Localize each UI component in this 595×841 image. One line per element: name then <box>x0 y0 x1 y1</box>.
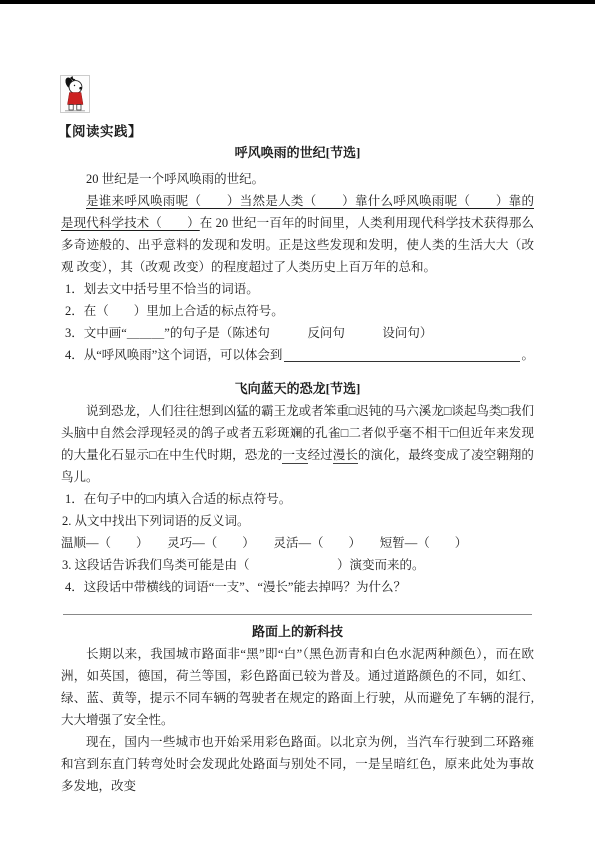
page-top-bar <box>0 0 595 4</box>
section3-paragraph-1: 长期以来，我国城市路面非“黑”即“白”（黑色沥青和白色水泥两种颜色），而在欧洲，… <box>61 643 534 731</box>
section2-question-1: 1．在句子中的□内填入合适的标点符号。 <box>61 488 534 510</box>
section1-paragraph-1: 20 世纪是一个呼风唤雨的世纪。 <box>61 168 534 190</box>
snoopy-cartoon-icon <box>60 75 90 113</box>
mascot-image <box>60 75 90 113</box>
section1-title: 呼风唤雨的世纪[节选] <box>61 142 534 164</box>
section1-question-1: 1．划去文中括号里不恰当的词语。 <box>61 278 534 300</box>
reading-practice-heading: 【阅读实践】 <box>58 120 142 140</box>
section2-title: 飞向蓝天的恐龙[节选] <box>61 378 534 400</box>
section1-question-4: 4．从“呼风唤雨”这个词语，可以体会到 。 <box>61 344 534 366</box>
section1-question-4-period: 。 <box>521 344 534 366</box>
section2-text-mid: 经过 <box>308 448 333 462</box>
section2-underlined-word-2: 漫长 <box>333 448 358 464</box>
section3-title: 路面上的新科技 <box>61 621 534 643</box>
section2-paragraph: 说到恐龙，人们往往想到凶猛的霸王龙或者笨重□迟钝的马六溪龙□谈起鸟类□我们头脑中… <box>61 400 534 488</box>
section1-question-2: 2．在（ ）里加上合适的标点符号。 <box>61 300 534 322</box>
section2-antonym-blanks: 温顺—（ ） 灵巧—（ ） 灵活—（ ） 短暂—（ ） <box>61 532 534 554</box>
section-feixianglantian: 飞向蓝天的恐龙[节选] 说到恐龙，人们往往想到凶猛的霸王龙或者笨重□迟钝的马六溪… <box>61 378 534 598</box>
worksheet-content: 呼风唤雨的世纪[节选] 20 世纪是一个呼风唤雨的世纪。 是谁来呼风唤雨呢（ ）… <box>61 142 534 797</box>
section-lumianxinkeji: 路面上的新科技 长期以来，我国城市路面非“黑”即“白”（黑色沥青和白色水泥两种颜… <box>61 621 534 797</box>
section2-question-2: 2. 从文中找出下列词语的反义词。 <box>61 510 534 532</box>
section2-underlined-word-1: 一支 <box>282 448 307 464</box>
section1-paragraph-2: 是谁来呼风唤雨呢（ ）当然是人类（ ）靠什么呼风唤雨呢（ ）靠的是现代科学技术（… <box>61 190 534 278</box>
section2-question-3: 3. 这段话告诉我们鸟类可能是由（ ）演变而来的。 <box>61 554 534 576</box>
section-divider-line <box>63 614 532 615</box>
section3-paragraph-2: 现在，国内一些城市也开始采用彩色路面。以北京为例，当汽车行驶到二环路雍和宫到东直… <box>61 731 534 797</box>
section2-question-4: 4．这段话中带横线的词语“一支”、“漫长”能去掉吗？为什么？ <box>61 576 534 598</box>
section-hufenghuanyu: 呼风唤雨的世纪[节选] 20 世纪是一个呼风唤雨的世纪。 是谁来呼风唤雨呢（ ）… <box>61 142 534 366</box>
section1-question-4-text: 4．从“呼风唤雨”这个词语，可以体会到 <box>65 344 282 366</box>
section1-question-3: 3．文中画“＿＿＿”的句子是（陈述句 反问句 设问句） <box>61 322 534 344</box>
answer-blank-line <box>284 361 520 362</box>
